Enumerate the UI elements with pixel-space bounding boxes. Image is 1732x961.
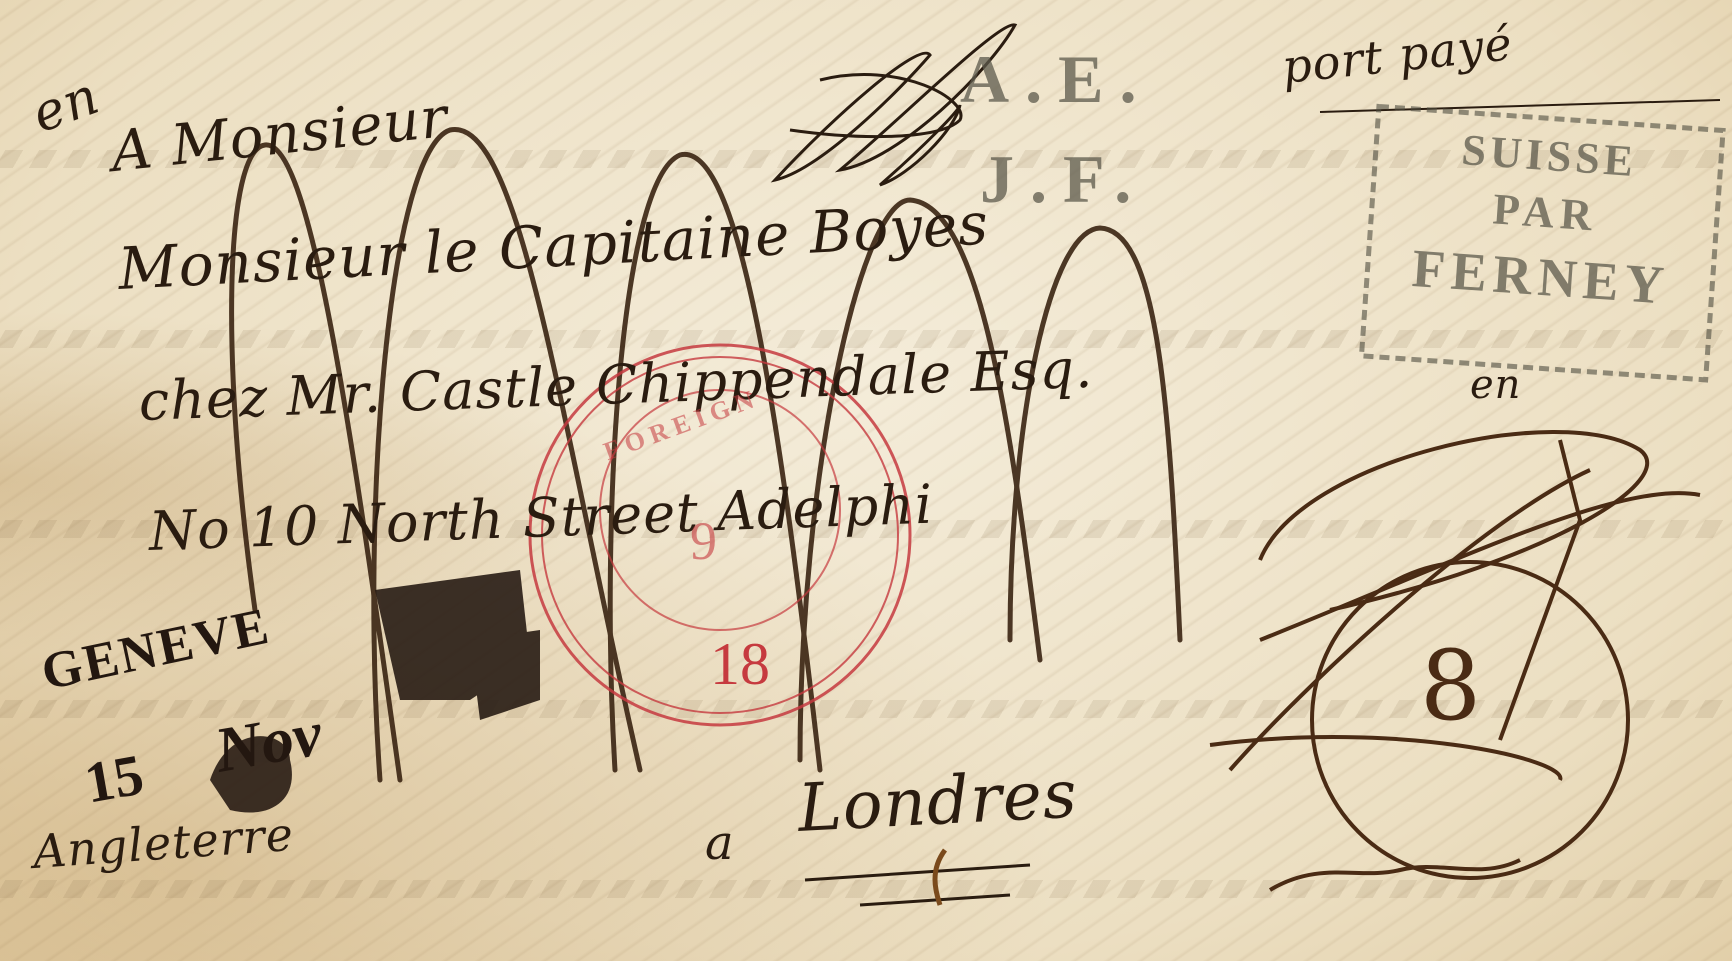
grey-letters-bottom: J.F. [980,140,1147,219]
destination-city: Londres [796,755,1079,847]
address-line-3-suffix: en [1470,362,1521,408]
londres-underline [805,850,1030,905]
red-stamp-year: 18 [710,630,770,699]
destination-prefix: a [705,815,735,871]
red-stamp-center-letter: 9 [690,510,717,572]
postal-cover: en port payé A Monsieur Monsieur le Capi… [0,0,1732,961]
origin-stamp-day: 15 [80,740,149,816]
grey-boxed-stamp: SUISSE PAR FERNEY [1379,119,1711,319]
grey-letters-top: A.E. [960,40,1152,119]
rate-numeral: 8 [1420,630,1482,742]
